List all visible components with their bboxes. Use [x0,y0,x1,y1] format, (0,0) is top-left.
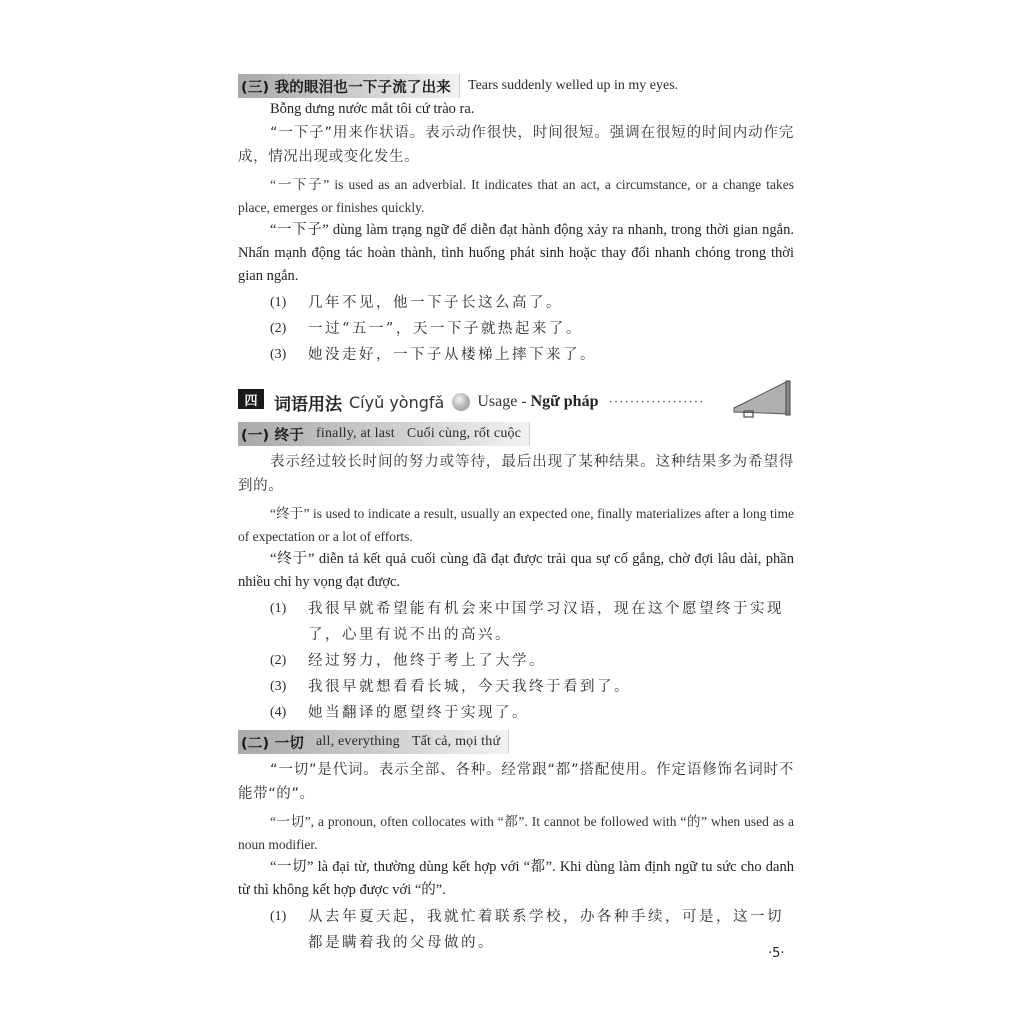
explanation-en: “一下子” is used as an adverbial. It indica… [238,173,794,219]
page-number: ·5· [768,946,785,961]
example-list: (1) 从去年夏天起，我就忙着联系学校，办各种手续，可是，这一切都是瞒着我的父母… [270,904,794,956]
example-item: (3) 她没走好，一下子从楼梯上摔下来了。 [270,342,794,368]
example-item: (4) 她当翻译的愿望终于实现了。 [270,700,794,726]
example-text: 经过努力，他终于考上了大学。 [308,648,794,674]
example-text: 我很早就希望能有机会来中国学习汉语，现在这个愿望终于实现了，心里有说不出的高兴。 [308,596,794,648]
explanation-zh: “一下子”用来作状语。表示动作很快，时间很短。强调在很短的时间内动作完成，情况出… [238,121,794,169]
example-text: 我很早就想看看长城，今天我终于看到了。 [308,674,794,700]
example-list: (1) 几年不见，他一下子长这么高了。 (2) 一过“五一”，天一下子就热起来了… [270,290,794,368]
explanation-zh: “一切”是代词。表示全部、各种。经常跟“都”搭配使用。作定语修饰名词时不能带“的… [238,758,794,806]
explanation-en: “终于” is used to indicate a result, usual… [238,502,794,548]
example-text: 从去年夏天起，我就忙着联系学校，办各种手续，可是，这一切都是瞒着我的父母做的。 [308,904,794,956]
textbook-page: (三) 我的眼泪也一下子流了出来 Tears suddenly welled u… [238,74,794,956]
example-number: (2) [270,316,308,342]
example-text: 她当翻译的愿望终于实现了。 [308,700,794,726]
explanation-vi: “一下子” dùng làm trạng ngữ để diễn đạt hàn… [238,219,794,288]
translation-vi: Bỗng dưng nước mắt tôi cứ trào ra. [238,98,794,121]
usage-item-label: (二) 一切 [241,732,304,753]
usage-gloss-vi: Cuối cùng, rốt cuộc [407,426,521,442]
example-number: (2) [270,648,308,674]
explanation-vi: “终于” diễn tả kết quả cuối cùng đã đạt đư… [238,548,794,594]
example-item: (1) 从去年夏天起，我就忙着联系学校，办各种手续，可是，这一切都是瞒着我的父母… [270,904,794,956]
example-number: (1) [270,290,308,316]
explanation-zh: 表示经过较长时间的努力或等待，最后出现了某种结果。这种结果多为希望得到的。 [238,450,794,498]
usage-gloss-en: finally, at last [316,426,395,442]
bullet-dot-icon [452,393,470,411]
usage-item-header: (二) 一切 all, everything Tất cả, mọi thứ [238,730,794,754]
leader-dots: ·················· [608,394,704,410]
example-item: (2) 一过“五一”，天一下子就热起来了。 [270,316,794,342]
subsection-label: (三) 我的眼泪也一下子流了出来 [238,74,460,98]
section-number-badge: 四 [238,389,264,409]
example-text: 几年不见，他一下子长这么高了。 [308,290,794,316]
megaphone-icon [730,376,796,420]
section-title-vi: Ngữ pháp [531,393,599,411]
example-item: (3) 我很早就想看看长城，今天我终于看到了。 [270,674,794,700]
example-item: (1) 几年不见，他一下子长这么高了。 [270,290,794,316]
explanation-vi: “一切” là đại từ, thường dùng kết hợp với … [238,856,794,902]
example-number: (3) [270,674,308,700]
subsection-translation-en: Tears suddenly welled up in my eyes. [468,78,678,94]
example-text: 一过“五一”，天一下子就热起来了。 [308,316,794,342]
example-item: (2) 经过努力，他终于考上了大学。 [270,648,794,674]
example-number: (3) [270,342,308,368]
explanation-en: “一切”, a pronoun, often collocates with “… [238,810,794,856]
example-number: (1) [270,904,308,956]
example-text: 她没走好，一下子从楼梯上摔下来了。 [308,342,794,368]
section-title-en: Usage - [477,393,526,411]
section-header: 四 词语用法 Cíyǔ yòngfǎ Usage - Ngữ pháp ····… [238,382,794,422]
example-number: (4) [270,700,308,726]
usage-gloss-vi: Tất cả, mọi thứ [412,734,500,750]
usage-item-label: (一) 终于 [241,424,304,445]
example-list: (1) 我很早就希望能有机会来中国学习汉语，现在这个愿望终于实现了，心里有说不出… [270,596,794,726]
section-title-zh: 词语用法 [274,390,342,415]
usage-item-header: (一) 终于 finally, at last Cuối cùng, rốt c… [238,422,794,446]
subsection-header-3: (三) 我的眼泪也一下子流了出来 Tears suddenly welled u… [238,74,794,98]
usage-gloss-en: all, everything [316,734,400,750]
example-item: (1) 我很早就希望能有机会来中国学习汉语，现在这个愿望终于实现了，心里有说不出… [270,596,794,648]
section-title-pinyin: Cíyǔ yòngfǎ [349,393,444,412]
example-number: (1) [270,596,308,648]
